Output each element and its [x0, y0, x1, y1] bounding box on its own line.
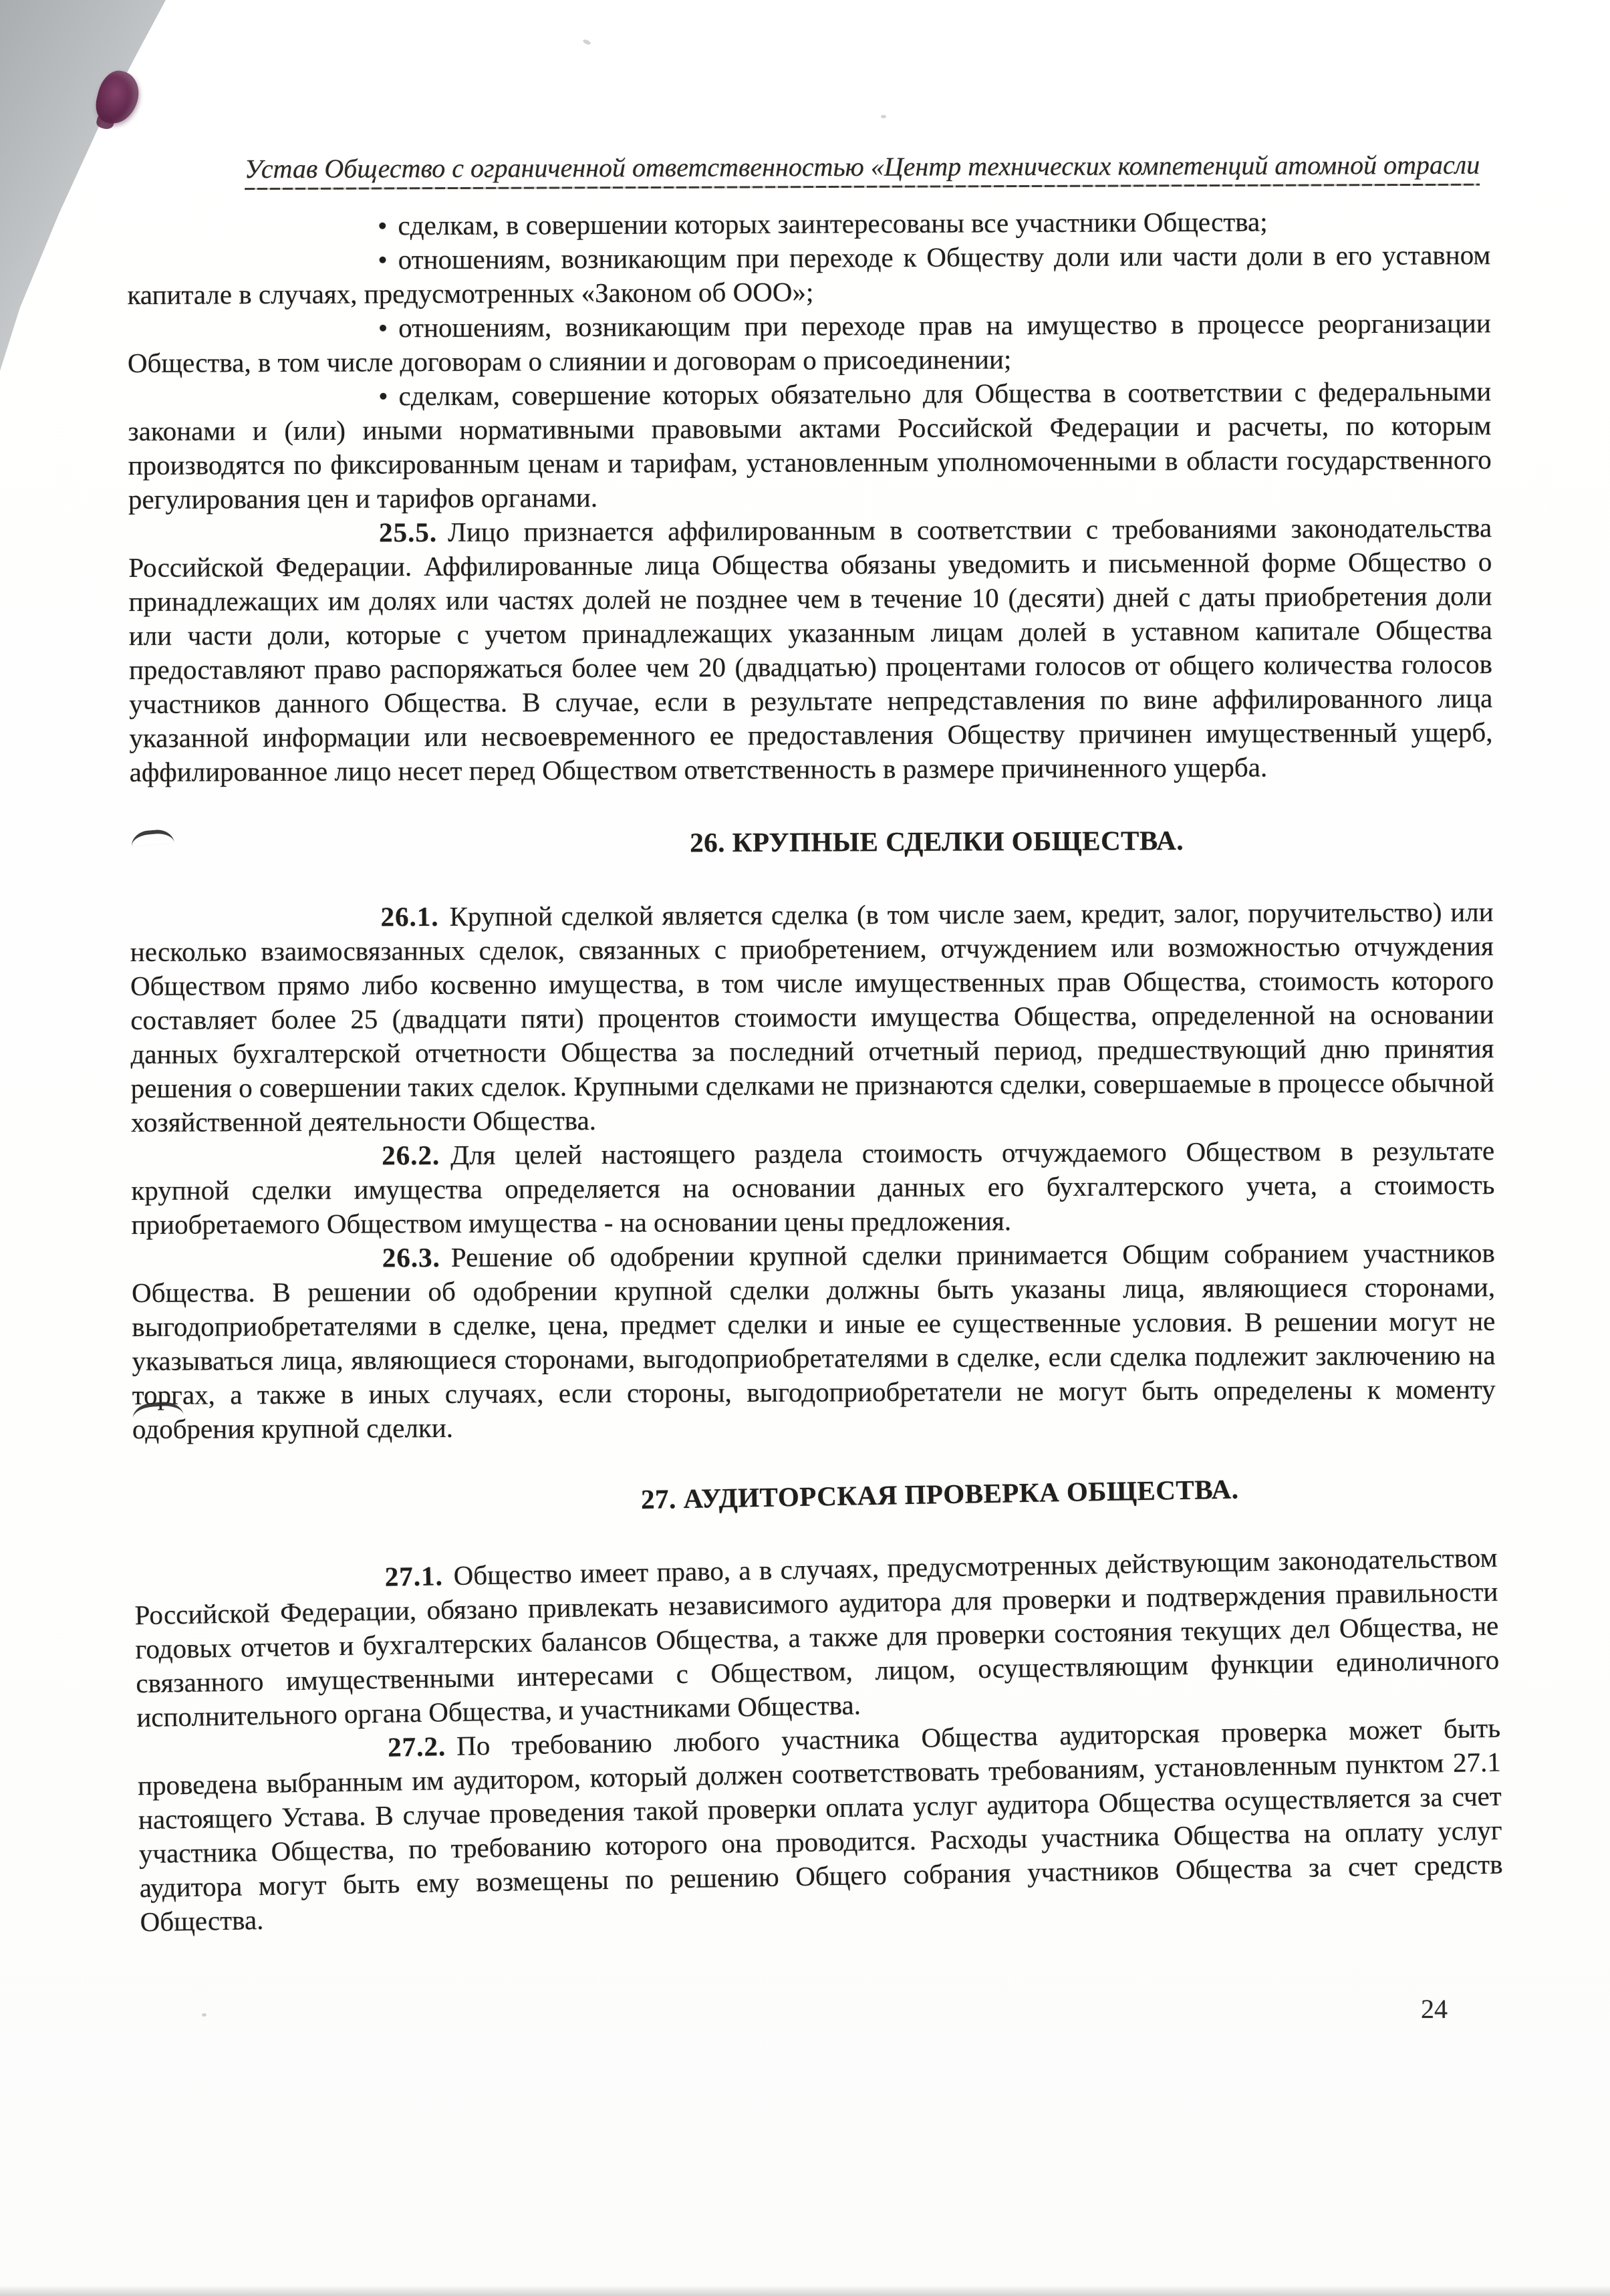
bullet-text: сделкам, совершение которых обязательно …: [128, 376, 1491, 515]
bullet-item: •отношениям, возникающим при переходе пр…: [128, 306, 1491, 380]
clause-27-2: 27.2.По требованию любого участника Обще…: [137, 1711, 1504, 1940]
clause-text: Общество имеет право, а в случаях, преду…: [134, 1542, 1499, 1733]
document-header: Устав Общество с ограниченной ответствен…: [127, 148, 1544, 185]
section-27-block: 27. АУДИТОРСКАЯ ПРОВЕРКА ОБЩЕСТВА. 27.1.…: [132, 1468, 1503, 1940]
clause-26-3: 26.3.Решение об одобрении крупной сделки…: [132, 1236, 1496, 1446]
section-27-heading: 27. АУДИТОРСКАЯ ПРОВЕРКА ОБЩЕСТВА.: [383, 1468, 1496, 1521]
clause-text: Для целей настоящего раздела стоимость о…: [131, 1135, 1494, 1240]
bullet-text: сделкам, в совершении которых заинтересо…: [398, 207, 1267, 241]
clause-27-1: 27.1.Общество имеет право, а в случаях, …: [134, 1541, 1500, 1735]
clause-number: 25.5.: [379, 517, 437, 547]
scan-speck: [202, 2013, 207, 2017]
clause-number: 27.2.: [388, 1731, 446, 1763]
scan-speck: [582, 39, 591, 46]
bullet-text: отношениям, возникающим при переходе пра…: [128, 307, 1491, 378]
clause-text: Лицо признается аффилированным в соответ…: [128, 512, 1492, 787]
clause-number: 27.1.: [384, 1560, 443, 1592]
bullet-icon: •: [378, 210, 388, 241]
clause-number: 26.3.: [382, 1242, 440, 1273]
clause-text: Решение об одобрении крупной сделки прин…: [132, 1237, 1496, 1444]
bullet-icon: •: [378, 380, 388, 411]
scan-speck: [881, 115, 886, 118]
document-body: •сделкам, в совершении которых заинтерес…: [127, 204, 1498, 1933]
bullet-text: отношениям, возникающим при переходе к О…: [127, 239, 1490, 310]
clause-number: 26.2.: [382, 1140, 440, 1170]
clause-26-2: 26.2.Для целей настоящего раздела стоимо…: [131, 1134, 1495, 1242]
page-number: 24: [1421, 1993, 1448, 2025]
bullet-item: •сделкам, совершение которых обязательно…: [128, 374, 1492, 517]
bullet-item: •сделкам, в совершении которых заинтерес…: [127, 204, 1490, 244]
bullet-item: •отношениям, возникающим при переходе к …: [127, 238, 1490, 312]
clause-25-5: 25.5.Лицо признается аффилированным в со…: [128, 511, 1493, 789]
bullet-icon: •: [378, 244, 388, 275]
scan-edge-shadow: [0, 2285, 1610, 2296]
clause-text: По требованию любого участника Общества …: [138, 1712, 1503, 1938]
clause-26-1: 26.1.Крупной сделкой является сделка (в …: [130, 895, 1495, 1140]
bullet-icon: •: [378, 312, 388, 343]
scanned-page: Устав Общество с ограниченной ответствен…: [0, 0, 1610, 2296]
clause-text: Крупной сделкой является сделка (в том ч…: [130, 896, 1494, 1138]
section-26-heading: 26. КРУПНЫЕ СДЕЛКИ ОБЩЕСТВА.: [380, 822, 1493, 861]
clause-number: 26.1.: [381, 901, 439, 932]
page-title: Устав Общество с ограниченной ответствен…: [245, 150, 1480, 190]
